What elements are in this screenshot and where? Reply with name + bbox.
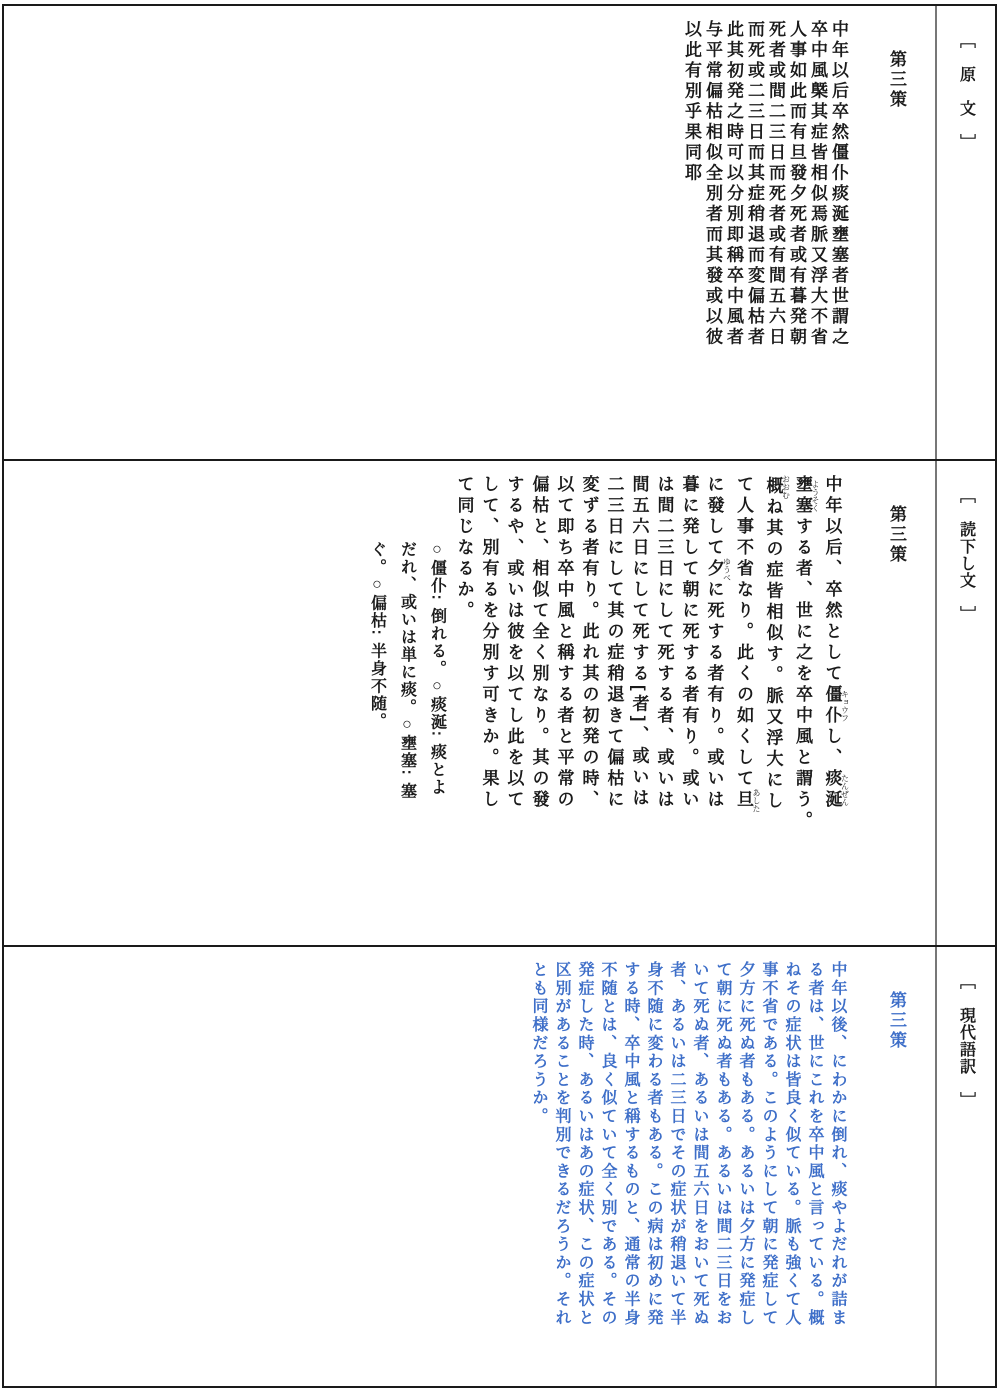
- text-column: 概おおむね其の症皆相似す。脈又浮大にし: [761, 475, 791, 935]
- panel-reading-text: 第三策 中年以后、卒然として僵仆キョウフし、痰涎たんぜん壅塞ようそくする者、世に…: [4, 459, 995, 945]
- text-column: いて死ぬ者、あるいは間五六日をおいて死ぬ: [688, 961, 711, 1376]
- text-column: 以て即ち卒中風と稱する者と平常の: [552, 475, 577, 935]
- ruby-annotated-word: 壅塞ようそく: [793, 475, 812, 517]
- text-column: は間二三日にして死する者、或いは: [652, 475, 677, 935]
- text-column: 間五六日にして死する[者]、或いは: [627, 475, 652, 935]
- translation-body: 第三策 中年以後、にわかに倒れ、痰やよだれが詰まる者は、世にこれを卒中風と言って…: [4, 947, 935, 1386]
- document-sheet: 第三策 中年以后卒然僵仆痰涎壅塞者世謂之卒中風槩其症皆相似焉脈又浮大不省人事如此…: [2, 4, 997, 1388]
- text-column: 中年以后、卒然として僵仆キョウフし、痰涎たんぜん: [820, 475, 850, 935]
- text-column: 事不省である。このようにして朝に発症して: [757, 961, 780, 1376]
- text-column: 身不随に変わる者もある。この病は初めに発: [642, 961, 665, 1376]
- original-header-label: ［ 原 文 ］: [955, 6, 978, 151]
- text-column: 発症した時、あるいはあの症状、この症状と: [573, 961, 596, 1376]
- text-column: 人事如此而有旦發夕死者或有暮発朝: [786, 20, 807, 449]
- text-column: するや、或いは彼を以てし此を以て: [502, 475, 527, 935]
- original-text-body: 第三策 中年以后卒然僵仆痰涎壅塞者世謂之卒中風槩其症皆相似焉脈又浮大不省人事如此…: [4, 6, 935, 459]
- ruby-annotated-word: 概おおむ: [764, 475, 783, 498]
- text-column: 不随とは、良く似ていて全く別である。その: [596, 961, 619, 1376]
- text-column: 区別があることを判別できるだろうか。それ: [550, 961, 573, 1376]
- text-column: 変ずる者有り。此れ其の初発の時、: [577, 475, 602, 935]
- reading-header-label: ［ 読下し文 ］: [955, 461, 978, 623]
- text-column: る者は、世にこれを卒中風と言っている。概: [803, 961, 826, 1376]
- translation-header-strip: ［ 現代語訳 ］: [935, 947, 995, 1386]
- original-section-title: 第三策: [875, 20, 917, 449]
- original-text-columns: 中年以后卒然僵仆痰涎壅塞者世謂之卒中風槩其症皆相似焉脈又浮大不省人事如此而有旦發…: [681, 20, 849, 449]
- reading-text-body: 第三策 中年以后、卒然として僵仆キョウフし、痰涎たんぜん壅塞ようそくする者、世に…: [4, 461, 935, 945]
- text-column: 此其初発之時可以分別即稱卒中風者: [723, 20, 744, 449]
- text-column: て人事不省なり。此くの如くして旦あした: [731, 475, 761, 935]
- text-column: ねその症状は皆良く似ている。脈も強くて人: [780, 961, 803, 1376]
- text-column: 卒中風槩其症皆相似焉脈又浮大不省: [807, 20, 828, 449]
- text-column: 死者或間二三日而死者或有間五六日: [765, 20, 786, 449]
- reading-section-title: 第三策: [875, 475, 917, 935]
- text-column: 与平常偏枯相似全別者而其發或以彼: [702, 20, 723, 449]
- reading-header-strip: ［ 読下し文 ］: [935, 461, 995, 945]
- original-header-strip: ［ 原 文 ］: [935, 6, 995, 459]
- text-column: 者、あるいは二三日でその症状が稍退いて半: [665, 961, 688, 1376]
- reading-glossary-notes: ○僵仆: 倒れる。○痰涎: 痰とよだれ、或いは単に痰。○壅塞: 塞ぐ。○偏枯: …: [362, 475, 452, 935]
- page: { "colors":{ "text":"#1a1a1a", "translat…: [0, 0, 1000, 1393]
- text-column: 而死或二三日而其症稍退而変偏枯者: [744, 20, 765, 449]
- translation-section-title: 第三策: [875, 961, 917, 1376]
- text-column: 中年以後、にわかに倒れ、痰やよだれが詰ま: [826, 961, 849, 1376]
- text-column: 偏枯と、相似て全く別なり。其の發: [527, 475, 552, 935]
- text-column: して、別有るを分別す可きか。果し: [477, 475, 502, 935]
- reading-text-columns: 中年以后、卒然として僵仆キョウフし、痰涎たんぜん壅塞ようそくする者、世に之を卒中…: [452, 475, 850, 935]
- text-column: 暮に発して朝に死する者有り。或い: [677, 475, 702, 935]
- ruby-annotated-word: 旦あした: [734, 790, 753, 813]
- text-column: ○僵仆: 倒れる。○痰涎: 痰とよ: [422, 541, 452, 935]
- text-column: に發して夕ゆうべに死する者有り。或いは: [702, 475, 732, 935]
- text-column: 壅塞ようそくする者、世に之を卒中風と謂う。: [790, 475, 820, 935]
- text-column: 夕方に死ぬ者もある。あるいは夕方に発症し: [734, 961, 757, 1376]
- text-column: とも同様だろうか。: [527, 961, 550, 1376]
- text-column: 中年以后卒然僵仆痰涎壅塞者世謂之: [828, 20, 849, 449]
- text-column: ぐ。○偏枯: 半身不随。: [362, 541, 392, 935]
- text-column: て同じなるか。: [452, 475, 477, 935]
- panel-modern-translation: 第三策 中年以後、にわかに倒れ、痰やよだれが詰まる者は、世にこれを卒中風と言って…: [4, 945, 995, 1386]
- ruby-annotated-word: 痰涎たんぜん: [823, 769, 842, 811]
- translation-text-columns: 中年以後、にわかに倒れ、痰やよだれが詰まる者は、世にこれを卒中風と言っている。概…: [527, 961, 849, 1376]
- ruby-annotated-word: 僵仆キョウフ: [823, 685, 842, 727]
- text-column: だれ、或いは単に痰。○壅塞: 塞: [392, 541, 422, 935]
- text-column: 二三日にして其の症稍退きて偏枯に: [602, 475, 627, 935]
- ruby-annotated-word: 夕ゆうべ: [705, 559, 724, 580]
- text-column: て朝に死ぬ者もある。あるいは間二三日をお: [711, 961, 734, 1376]
- panel-original-text: 第三策 中年以后卒然僵仆痰涎壅塞者世謂之卒中風槩其症皆相似焉脈又浮大不省人事如此…: [4, 6, 995, 459]
- translation-header-label: ［ 現代語訳 ］: [955, 947, 978, 1109]
- text-column: 以此有別乎果同耶: [681, 20, 702, 449]
- text-column: する時、卒中風と稱するものと、通常の半身: [619, 961, 642, 1376]
